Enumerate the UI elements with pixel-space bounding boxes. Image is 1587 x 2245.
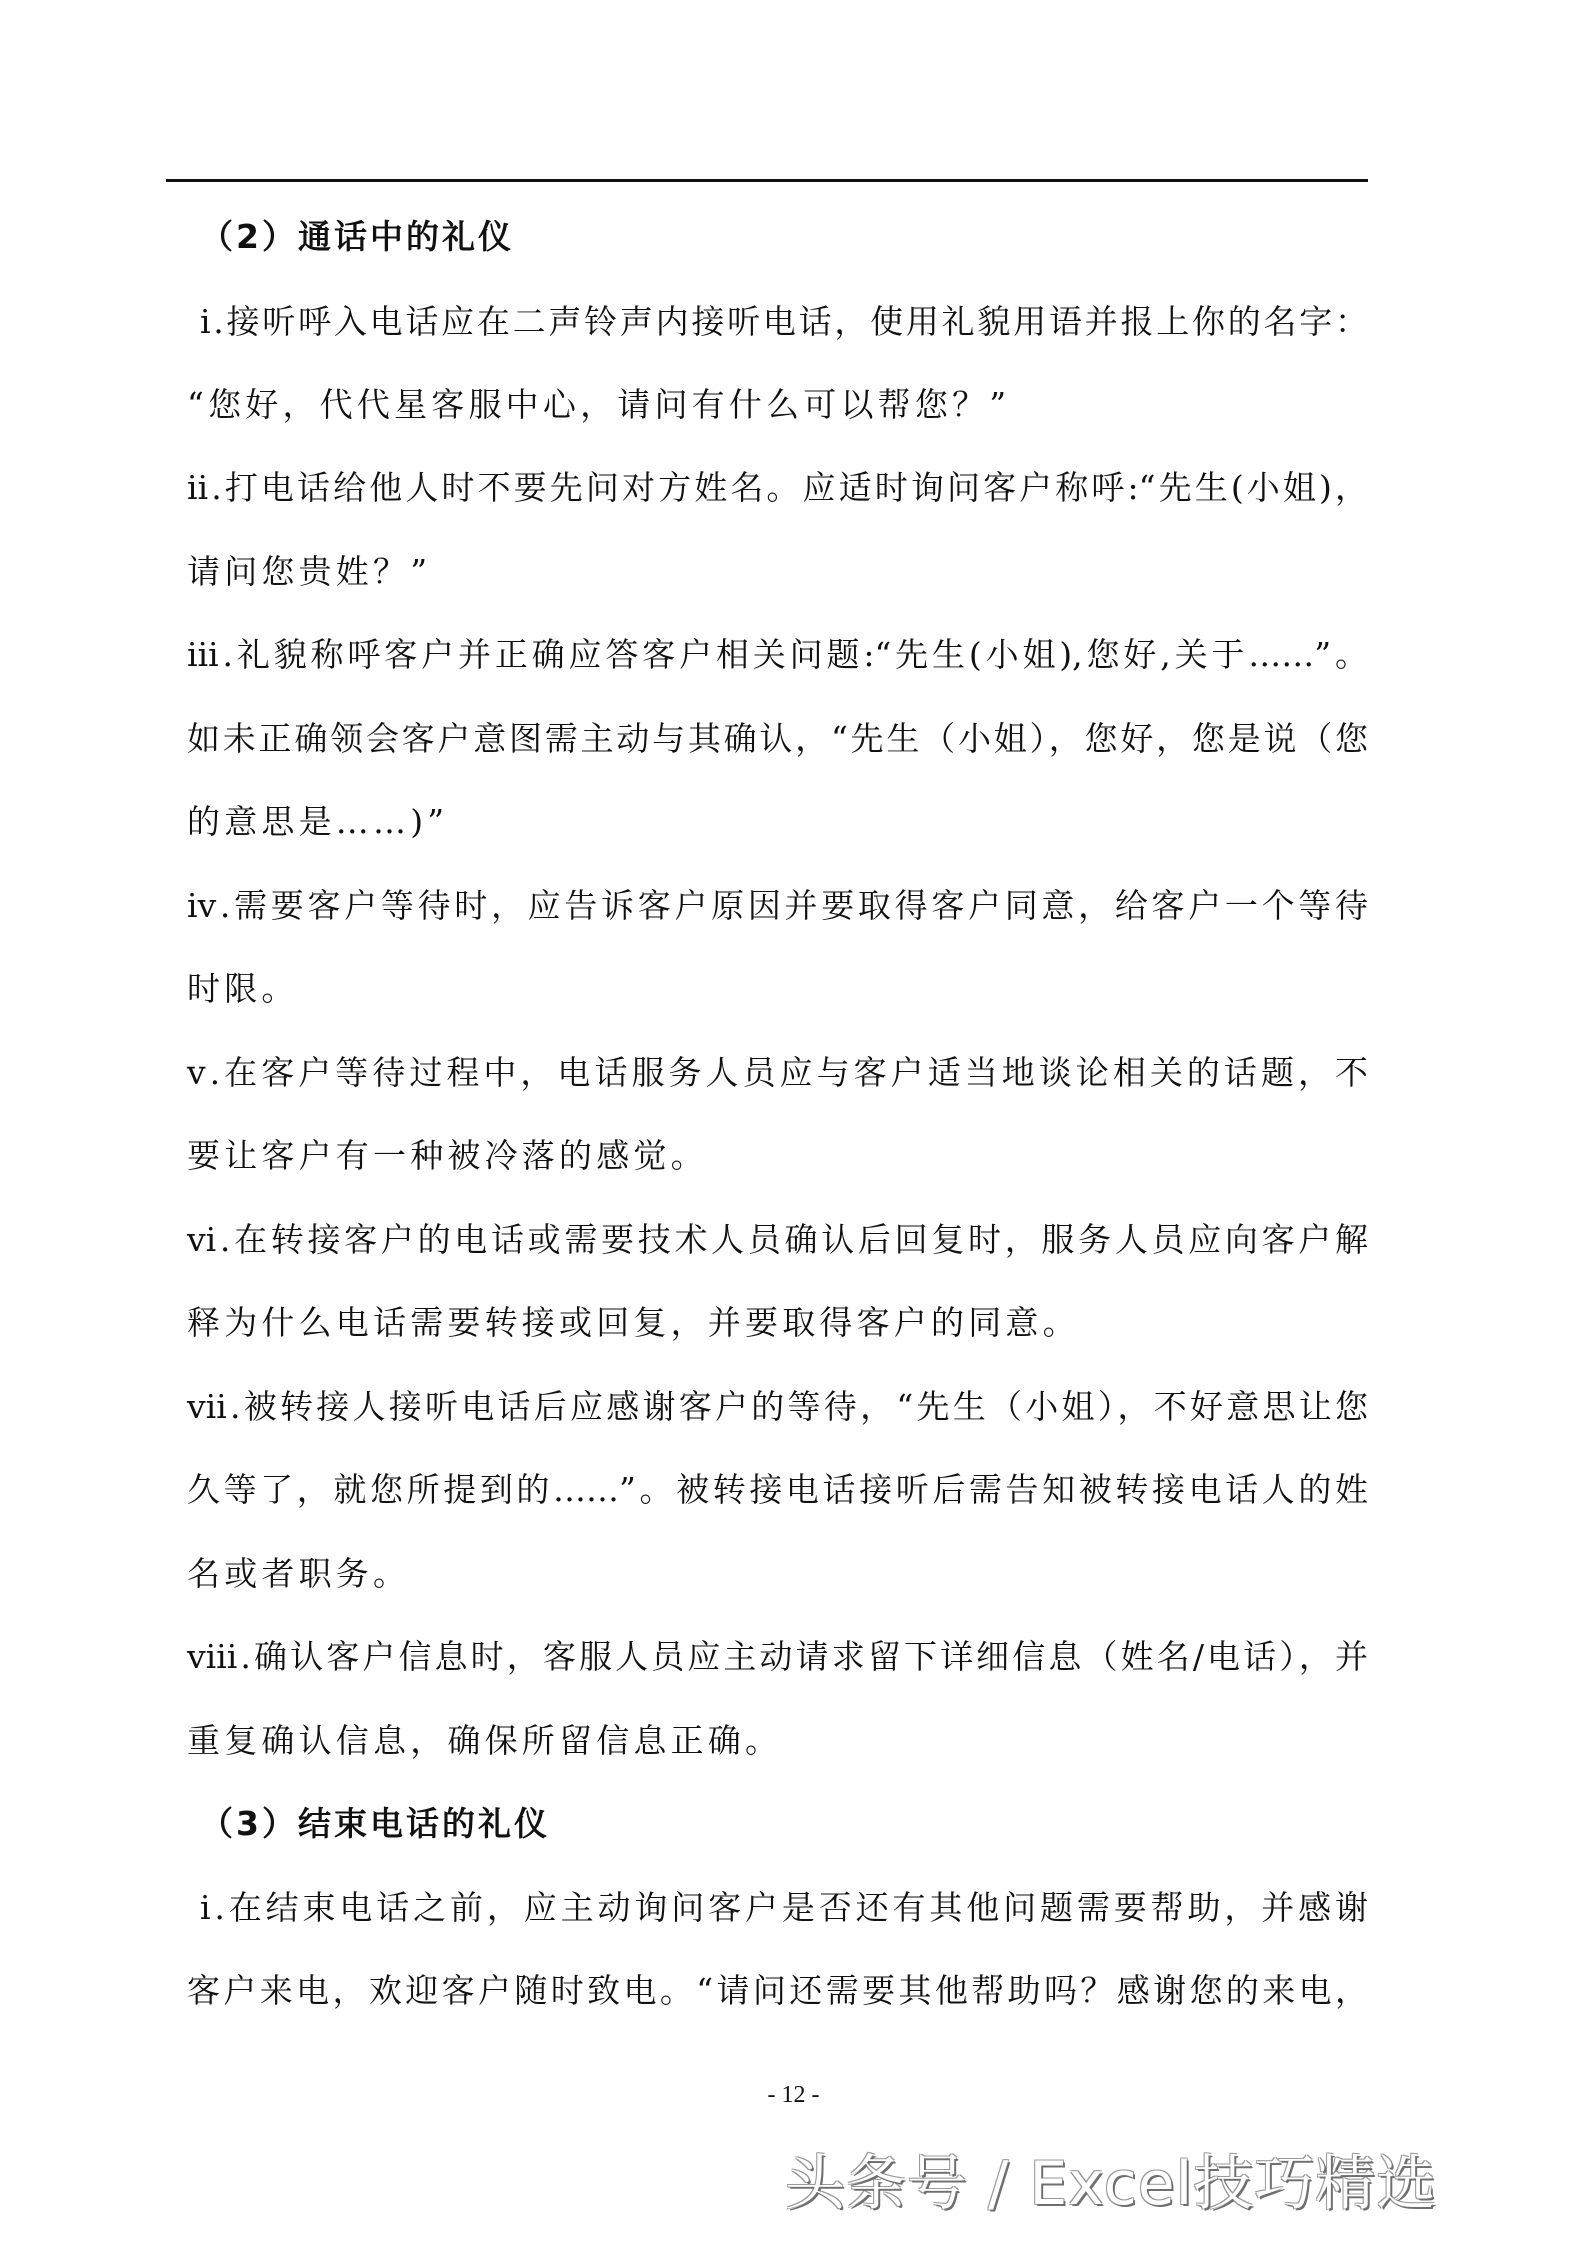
paragraph-line: 名或者职务。 bbox=[187, 1549, 410, 1599]
paragraph-line: 时限。 bbox=[187, 964, 299, 1014]
paragraph-line: 久等了，就您所提到的……”。被转接电话接听后需告知被转接电话人的姓 bbox=[187, 1465, 1368, 1515]
paragraph-line: 请问您贵姓？” bbox=[187, 547, 431, 597]
section-heading: （2）通话中的礼仪 bbox=[200, 212, 514, 262]
paragraph-line: 要让客户有一种被冷落的感觉。 bbox=[187, 1131, 708, 1181]
paragraph-line: ⅲ.礼貌称呼客户并正确应答客户相关问题:“先生(小姐),您好,关于……”。 bbox=[187, 630, 1368, 680]
paragraph-line: ⅱ.打电话给他人时不要先问对方姓名。应适时询问客户称呼:“先生(小姐)， bbox=[187, 463, 1368, 513]
paragraph-line: ⅶ.被转接人接听电话后应感谢客户的等待，“先生（小姐），不好意思让您 bbox=[187, 1382, 1368, 1432]
paragraph-line: ⅴ.在客户等待过程中，电话服务人员应与客户适当地谈论相关的话题，不 bbox=[187, 1048, 1368, 1098]
paragraph-line: 客户来电，欢迎客户随时致电。“请问还需要其他帮助吗？感谢您的来电， bbox=[187, 1966, 1368, 2016]
paragraph-line: 的意思是……)” bbox=[187, 797, 448, 847]
paragraph-line: 如未正确领会客户意图需主动与其确认，“先生（小姐），您好，您是说（您 bbox=[187, 714, 1368, 764]
paragraph-line: ⅷ.确认客户信息时，客服人员应主动请求留下详细信息（姓名/电话），并 bbox=[187, 1632, 1368, 1682]
header-rule bbox=[166, 179, 1368, 182]
paragraph-line: ⅵ.在转接客户的电话或需要技术人员确认后回复时，服务人员应向客户解 bbox=[187, 1215, 1368, 1265]
paragraph-line: 重复确认信息，确保所留信息正确。 bbox=[187, 1716, 782, 1766]
paragraph-line: ⅰ.在结束电话之前，应主动询问客户是否还有其他问题需要帮助，并感谢 bbox=[200, 1883, 1368, 1933]
section-heading: （3）结束电话的礼仪 bbox=[200, 1799, 550, 1849]
paragraph-line: ⅳ.需要客户等待时，应告诉客户原因并要取得客户同意，给客户一个等待 bbox=[187, 881, 1368, 931]
page-number: - 12 - bbox=[0, 2080, 1587, 2110]
watermark: 头条号 / Excel技巧精选 bbox=[785, 2148, 1437, 2220]
paragraph-line: ⅰ.接听呼入电话应在二声铃声内接听电话，使用礼貌用语并报上你的名字： bbox=[200, 297, 1368, 347]
paragraph-line: 释为什么电话需要转接或回复，并要取得客户的同意。 bbox=[187, 1298, 1080, 1348]
paragraph-line: “您好，代代星客服中心，请问有什么可以帮您？” bbox=[187, 380, 1010, 430]
